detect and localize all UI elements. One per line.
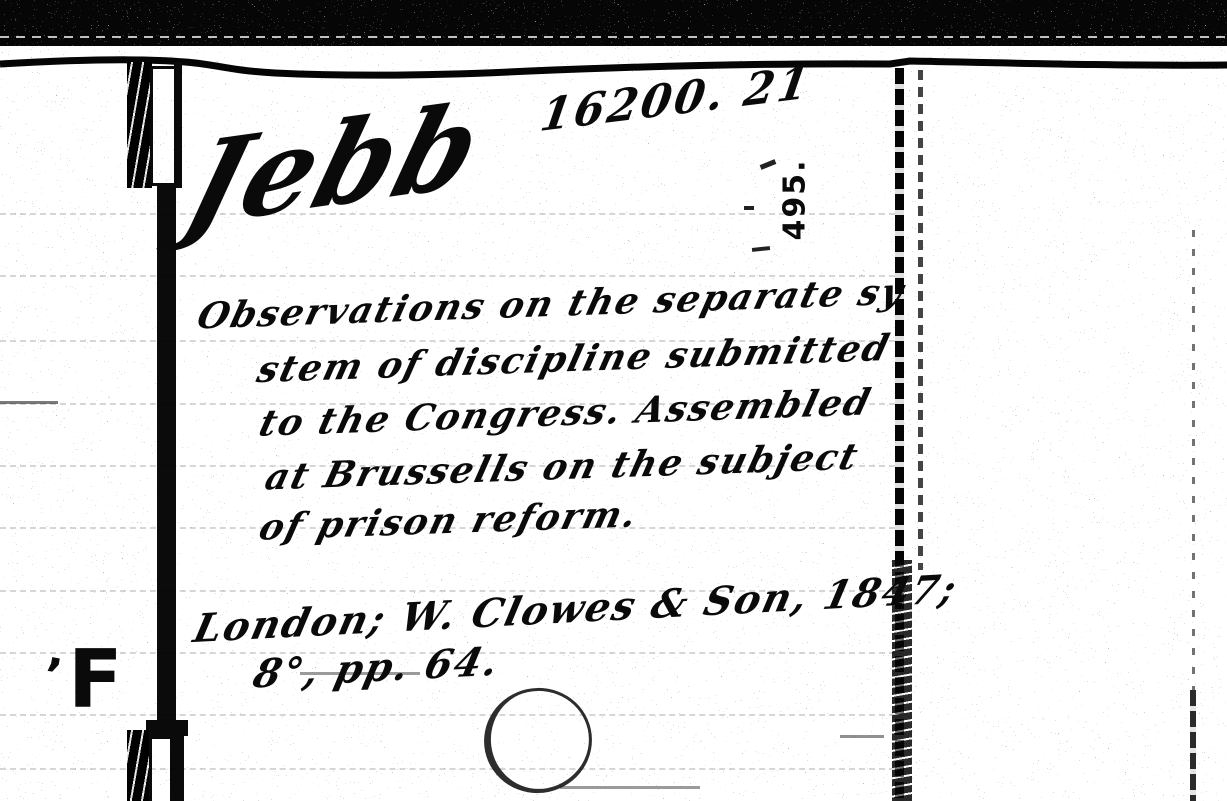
pencil-dash — [752, 246, 770, 252]
page-edge-line — [1192, 230, 1195, 690]
binder-clamp-top-slot — [150, 66, 177, 186]
author-name: Jebb — [172, 76, 498, 254]
title-line: of prison reform. — [255, 493, 643, 549]
binder-clamp-bottom-edge — [170, 722, 184, 801]
rule-line — [0, 714, 895, 716]
binder-rod — [157, 186, 176, 726]
pencil-dash — [744, 206, 754, 210]
title-line: to the Congress. Assembled — [255, 381, 876, 445]
title-line: stem of discipline submitted — [253, 327, 895, 391]
rule-line — [0, 768, 895, 770]
binder-clamp-bottom-left — [127, 730, 149, 801]
card-fold-line-secondary — [918, 70, 923, 570]
title-line: at Brussells on the subject — [261, 435, 864, 498]
rule-fragment — [560, 786, 700, 789]
shelf-number-text: 495. — [778, 158, 813, 240]
imprint-line: 8°, pp. 64. — [249, 638, 505, 697]
imprint-line: London; W. Clowes & Son, 1847; — [189, 566, 962, 653]
margin-letter: F — [68, 640, 123, 720]
page-edge-line-bottom — [1190, 690, 1196, 801]
scanned-catalog-card: 16200. 21 Jebb 495. Observations on the … — [0, 0, 1227, 801]
embossed-stamp-circle — [474, 678, 601, 801]
title-line: Observations on the separate sy — [193, 270, 910, 337]
rule-fragment — [0, 401, 58, 404]
card-top-edge-line — [0, 0, 1227, 90]
rule-fragment — [840, 735, 884, 738]
binder-clamp-top-edge — [174, 62, 182, 188]
stray-mark: ’ — [39, 647, 66, 703]
binder-clamp-top-left — [127, 62, 152, 188]
